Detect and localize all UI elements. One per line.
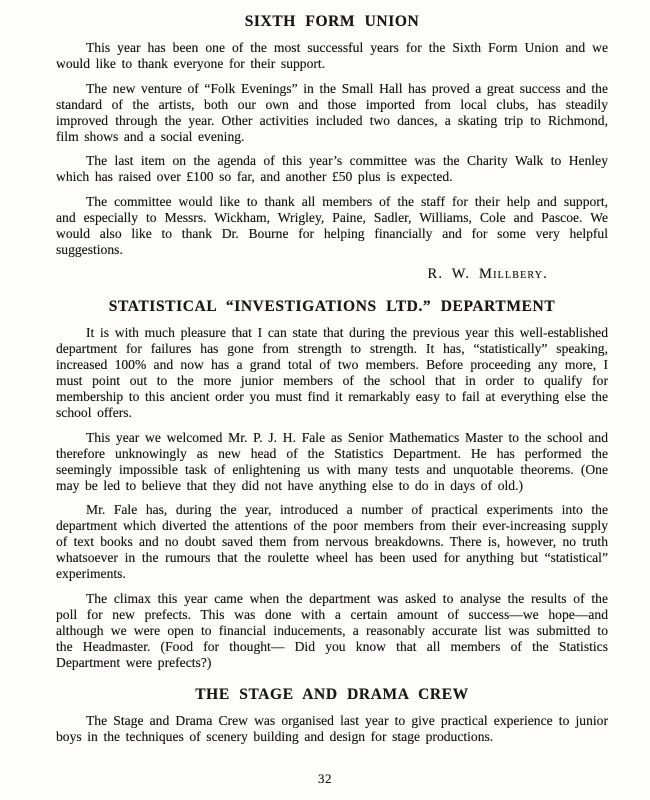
paragraph: It is with much pleasure that I can stat… <box>56 325 608 421</box>
section-heading-sixth-form-union: SIXTH FORM UNION <box>56 13 608 31</box>
section-stage-and-drama-crew: THE STAGE AND DRAMA CREW The Stage and D… <box>56 686 608 745</box>
paragraph: The last item on the agenda of this year… <box>56 153 608 185</box>
paragraph: The committee would like to thank all me… <box>56 194 608 258</box>
paragraph: The climax this year came when the depar… <box>56 591 608 671</box>
paragraph: This year has been one of the most succe… <box>56 40 608 72</box>
page-number: 32 <box>0 771 650 787</box>
paragraph: The new venture of “Folk Evenings” in th… <box>56 81 608 145</box>
section-sixth-form-union: SIXTH FORM UNION This year has been one … <box>56 13 608 283</box>
section-statistical-investigations: STATISTICAL “INVESTIGATIONS LTD.” DEPART… <box>56 298 608 671</box>
scanned-magazine-page: SIXTH FORM UNION This year has been one … <box>0 0 650 800</box>
paragraph: This year we welcomed Mr. P. J. H. Fale … <box>56 430 608 494</box>
section-heading-statistical-investigations: STATISTICAL “INVESTIGATIONS LTD.” DEPART… <box>56 298 608 316</box>
author-signature: R. W. Millbery. <box>56 266 608 283</box>
paragraph: The Stage and Drama Crew was organised l… <box>56 713 608 745</box>
paragraph: Mr. Fale has, during the year, introduce… <box>56 502 608 582</box>
section-heading-stage-and-drama-crew: THE STAGE AND DRAMA CREW <box>56 686 608 704</box>
